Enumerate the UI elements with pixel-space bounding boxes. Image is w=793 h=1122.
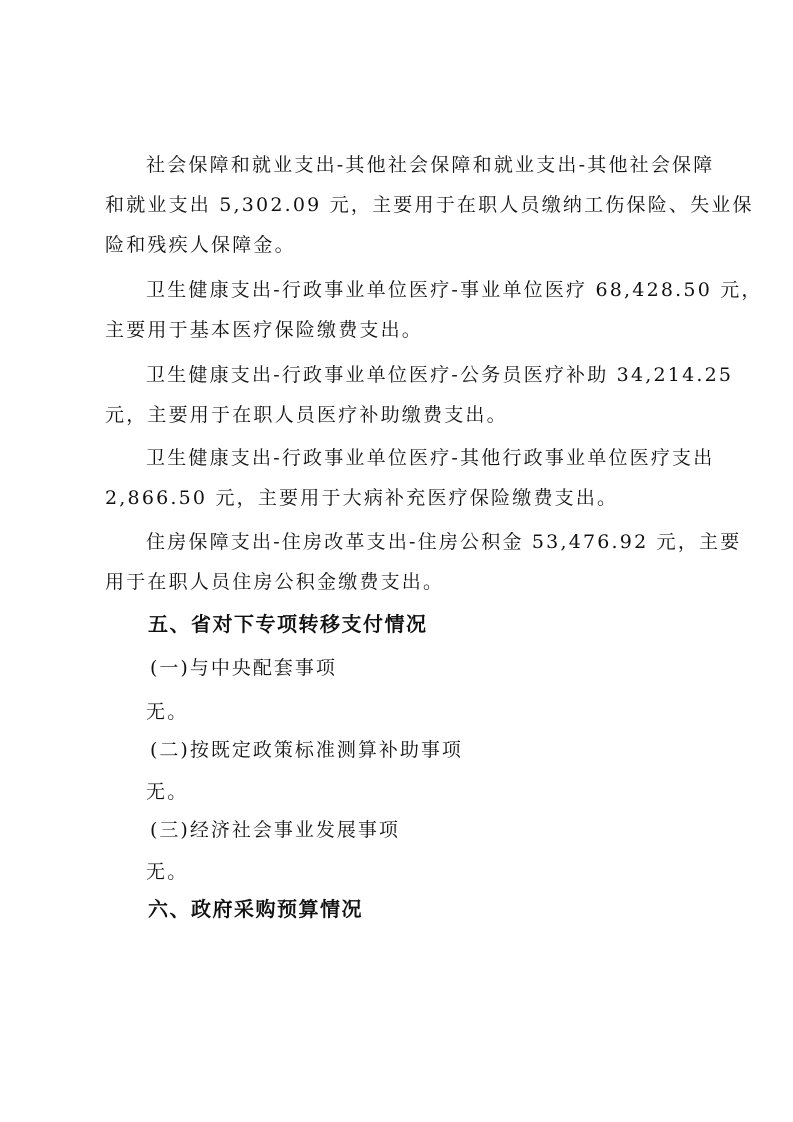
text-line: 卫生健康支出-行政事业单位医疗-事业单位医疗 68,428.50 元， <box>146 275 763 302</box>
subsection-title: (一)与中央配套事项 <box>150 653 337 680</box>
subsection-body: 无。 <box>146 697 188 724</box>
section-heading: 五、省对下专项转移支付情况 <box>148 608 428 637</box>
subsection-title: (二)按既定政策标准测算补助事项 <box>150 735 463 762</box>
text-line: 险和残疾人保障金。 <box>105 230 296 257</box>
text-line: 主要用于基本医疗保险缴费支出。 <box>105 315 423 342</box>
text-line: 元，主要用于在职人员医疗补助缴费支出。 <box>105 400 508 427</box>
text-line: 住房保障支出-住房改革支出-住房公积金 53,476.92 元，主要 <box>146 527 741 554</box>
subsection-body: 无。 <box>146 857 188 884</box>
text-line: 用于在职人员住房公积金缴费支出。 <box>105 567 444 594</box>
text-line: 卫生健康支出-行政事业单位医疗-公务员医疗补助 34,214.25 <box>146 360 733 387</box>
subsection-title: (三)经济社会事业发展事项 <box>150 815 400 842</box>
text-line: 和就业支出 5,302.09 元，主要用于在职人员缴纳工伤保险、失业保 <box>105 190 754 217</box>
text-line: 2,866.50 元，主要用于大病补充医疗保险缴费支出。 <box>105 483 618 510</box>
section-heading: 六、政府采购预算情况 <box>148 893 363 922</box>
subsection-body: 无。 <box>146 777 188 804</box>
text-line: 社会保障和就业支出-其他社会保障和就业支出-其他社会保障 <box>146 150 714 177</box>
text-line: 卫生健康支出-行政事业单位医疗-其他行政事业单位医疗支出 <box>146 443 714 470</box>
